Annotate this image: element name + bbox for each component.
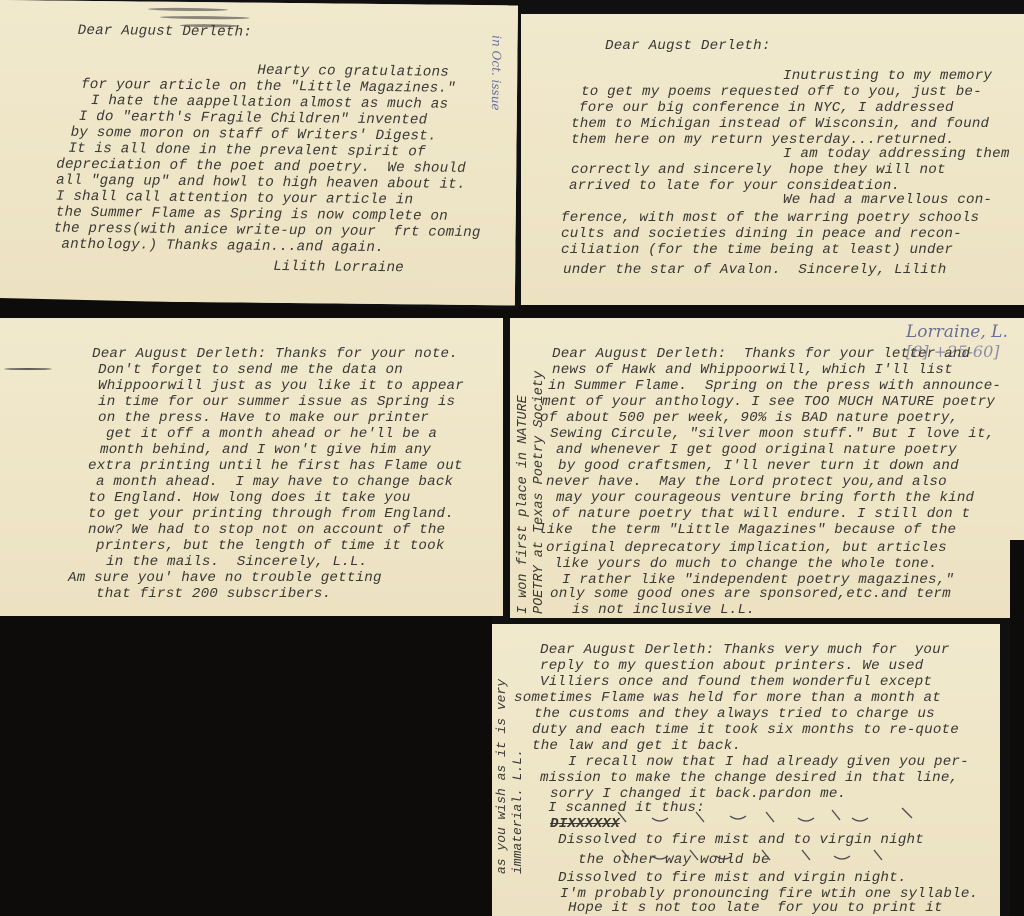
- text-line: Dear August Derleth: Thanks very much fo…: [540, 642, 950, 658]
- text-line: Villiers once and found them wonderful e…: [540, 674, 932, 690]
- text-line: get it off a month ahead or he'll be a: [106, 426, 437, 442]
- text-line: anthology.) Thanks again...and again.: [61, 237, 384, 256]
- text-line: that first 200 subscribers.: [96, 586, 331, 602]
- postmark-icon: [148, 8, 228, 12]
- text-line: extra printing until he first has Flame …: [88, 458, 463, 474]
- background-gap: [0, 616, 492, 916]
- text-line: of about 500 per week, 90% is BAD nature…: [540, 410, 958, 426]
- text-line: the law and get it back.: [532, 738, 741, 754]
- text-line: I recall now that I had already given yo…: [568, 754, 969, 770]
- archive-note: Lorraine, L.: [906, 322, 1008, 342]
- text-line: Don't forget to send me the data on: [98, 362, 403, 378]
- text-line: of nature poetry that will endure. I sti…: [552, 506, 970, 522]
- scansion-marks-icon: [612, 804, 932, 874]
- text-line: I am today addressing them: [783, 146, 1010, 162]
- text-line: a month ahead. I may have to change back: [96, 474, 453, 490]
- text-line: mission to make the change desired in th…: [540, 770, 958, 786]
- postmark-icon: [160, 16, 250, 20]
- text-line: them to Michigan instead of Wisconsin, a…: [571, 116, 989, 132]
- text-line: now? We had to stop not on account of th…: [88, 522, 445, 538]
- postcard-1: Dear August Derleth: Hearty co gratulati…: [0, 0, 518, 305]
- text-line: cults and societies dining in peace and …: [561, 226, 962, 242]
- text-line: to England. How long does it take you: [88, 490, 410, 506]
- text-line: on the press. Have to make our printer: [98, 410, 429, 426]
- text-line: duty and each time it took six months to…: [532, 722, 959, 738]
- text-line: like the term "Little Magazines" because…: [538, 522, 956, 538]
- salutation: Dear August Derleth:: [78, 23, 252, 41]
- side-note: immaterial. L.L.: [510, 749, 525, 874]
- text-line: Sewing Circule, "silver moon stuff." But…: [550, 426, 994, 442]
- text-line: and whenever I get good original nature …: [556, 442, 957, 458]
- margin-note: in Oct. issue: [489, 35, 504, 111]
- text-line: in time for our summer issue as Spring i…: [98, 394, 455, 410]
- text-line: We had a marvellous con-: [783, 192, 992, 208]
- text-line: is not inclusive L.L.: [572, 602, 755, 618]
- text-line: correctly and sincerely hope they will n…: [571, 162, 946, 178]
- postcard-4: I won first place in NATURE POETRY at Te…: [510, 318, 1024, 618]
- text-line: the customs and they always tried to cha…: [534, 706, 935, 722]
- text-line: printers, but the length of time it took: [96, 538, 445, 554]
- text-line: month behind, and I won't give him any: [100, 442, 431, 458]
- text-line: in the mails. Sincerely, L.L.: [106, 554, 367, 570]
- background-gap: [518, 305, 1024, 319]
- text-line: never have. May the Lord protect you,and…: [546, 474, 947, 490]
- text-line: ciliation (for the time being at least) …: [561, 242, 953, 258]
- text-line: sometimes Flame was held for more than a…: [514, 690, 941, 706]
- text-line: reply to my question about printers. We …: [540, 658, 923, 674]
- text-line: may your courageous venture bring forth …: [556, 490, 974, 506]
- text-line: to get your printing through from Englan…: [88, 506, 454, 522]
- text-line: Whippoorwill just as you like it to appe…: [98, 378, 464, 394]
- text-line: ment of your anthology. I see TOO MUCH N…: [542, 394, 995, 410]
- text-line: Dear August Derleth: Thanks for your let…: [552, 346, 970, 362]
- text-line: in Summer Flame. Spring on the press wit…: [548, 378, 1001, 394]
- text-line: news of Hawk and Whippoorwill, which I'l…: [552, 362, 953, 378]
- postcard-2: Dear Augst Derleth: Inutrusting to my me…: [521, 14, 1024, 310]
- text-line: Hope it s not too late for you to print …: [568, 900, 943, 916]
- salutation: Dear Augst Derleth:: [605, 38, 771, 54]
- background-gap: [1010, 540, 1024, 916]
- scansion-strikeout: DIXXXXXX: [550, 816, 620, 832]
- text-line: Am sure you' have no trouble getting: [68, 570, 382, 586]
- text-line: Dear August Derleth: Thanks for your not…: [92, 346, 458, 362]
- text-line: like yours do much to change the whole t…: [554, 556, 937, 572]
- text-line: under the star of Avalon. Sincerely, Lil…: [563, 262, 946, 278]
- side-note: as you wish as it is very: [494, 679, 509, 874]
- text-line: to get my poems requested off to you, ju…: [581, 84, 982, 100]
- signature: Lilith Lorraine: [273, 259, 404, 276]
- text-line: ference, with most of the warring poetry…: [561, 210, 979, 226]
- text-line: fore our big conference in NYC, I addres…: [579, 100, 954, 116]
- text-line: Inutrusting to my memory: [783, 68, 992, 84]
- text-line: only some good ones are sponsored,etc.an…: [550, 586, 951, 602]
- text-line: by good craftsmen, I'll never turn it do…: [558, 458, 959, 474]
- postmark-line-icon: [4, 368, 52, 370]
- postcard-3: Dear August Derleth: Thanks for your not…: [0, 318, 503, 616]
- postcard-5: as you wish as it is very immaterial. L.…: [492, 624, 1000, 916]
- text-line: original deprecatory implication, but ar…: [546, 540, 947, 556]
- side-note: I won first place in NATURE: [516, 395, 531, 614]
